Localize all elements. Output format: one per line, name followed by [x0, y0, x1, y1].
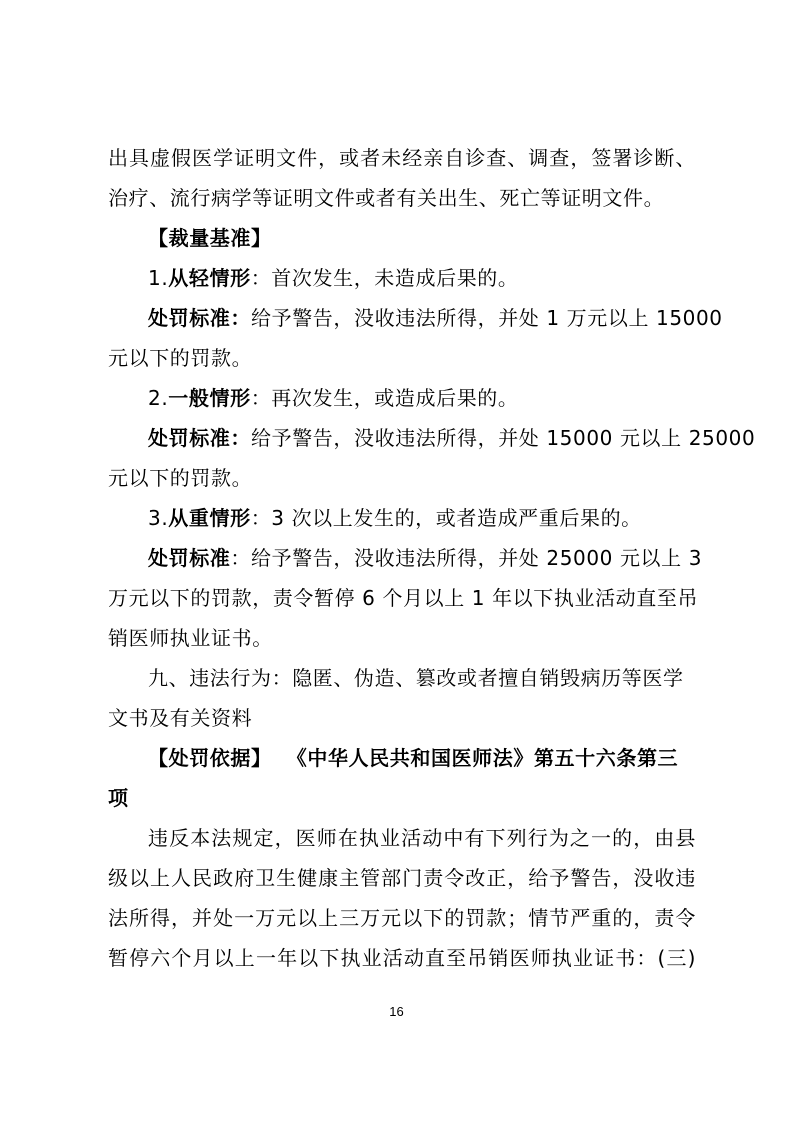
case-label: 一般情形: [168, 386, 250, 410]
law-text-line: 级以上人民政府卫生健康主管部门责令改正，给予警告，没收违: [108, 858, 696, 898]
text-line: 项: [108, 778, 696, 818]
penalty-text: ：给予警告，没收违法所得，并处 25000 元以上 3: [230, 546, 702, 570]
case-number: 2.: [148, 386, 168, 410]
text-line: 销医师执业证书。: [108, 618, 696, 658]
case-text: ：3 次以上发生的，或者造成严重后果的。: [251, 506, 642, 530]
penalty-text: 给予警告，没收违法所得，并处 15000 元以上 25000: [251, 426, 755, 450]
text-line: 万元以下的罚款，责令暂停 6 个月以上 1 年以下执业活动直至吊: [108, 578, 696, 618]
basis-label: 【处罚依据】: [148, 746, 272, 770]
criteria-heading: 【裁量基准】: [108, 218, 696, 258]
text-line: 治疗、流行病学等证明文件或者有关出生、死亡等证明文件。: [108, 178, 696, 218]
penalty-basis: 【处罚依据】 《中华人民共和国医师法》第五十六条第三: [108, 738, 696, 778]
law-text-line: 法所得，并处一万元以上三万元以下的罚款；情节严重的，责令: [108, 898, 696, 938]
penalty-label: 处罚标准：: [148, 426, 251, 450]
general-case: 2.一般情形：再次发生，或造成后果的。: [108, 378, 696, 418]
penalty-label: 处罚标准: [148, 546, 230, 570]
penalty-label: 处罚标准：: [148, 306, 251, 330]
case-text: ：首次发生，未造成后果的。: [251, 266, 519, 290]
law-reference: 《中华人民共和国医师法》第五十六条第三: [287, 746, 678, 770]
case-label: 从重情形: [168, 506, 250, 530]
case-number: 3.: [148, 506, 168, 530]
case-label: 从轻情形: [168, 266, 250, 290]
text-line: 出具虚假医学证明文件，或者未经亲自诊查、调查，签署诊断、: [108, 138, 696, 178]
penalty-text: 给予警告，没收违法所得，并处 1 万元以上 15000: [251, 306, 723, 330]
light-case: 1.从轻情形：首次发生，未造成后果的。: [108, 258, 696, 298]
text-line: 文书及有关资料: [108, 698, 696, 738]
heavy-case: 3.从重情形：3 次以上发生的，或者造成严重后果的。: [108, 498, 696, 538]
law-text-line: 违反本法规定，医师在执业活动中有下列行为之一的，由县: [108, 818, 696, 858]
heavy-penalty: 处罚标准：给予警告，没收违法所得，并处 25000 元以上 3: [108, 538, 696, 578]
text-line: 元以下的罚款。: [108, 338, 696, 378]
light-penalty: 处罚标准：给予警告，没收违法所得，并处 1 万元以上 15000: [108, 298, 696, 338]
law-text-line: 暂停六个月以上一年以下执业活动直至吊销医师执业证书：(三): [108, 938, 696, 978]
text-line: 元以下的罚款。: [108, 458, 696, 498]
violation-item-9: 九、违法行为：隐匿、伪造、篡改或者擅自销毁病历等医学: [108, 658, 696, 698]
document-page: 出具虚假医学证明文件，或者未经亲自诊查、调查，签署诊断、 治疗、流行病学等证明文…: [108, 138, 696, 978]
case-text: ：再次发生，或造成后果的。: [251, 386, 519, 410]
page-number: 16: [0, 1004, 793, 1019]
general-penalty: 处罚标准：给予警告，没收违法所得，并处 15000 元以上 25000: [108, 418, 696, 458]
case-number: 1.: [148, 266, 168, 290]
